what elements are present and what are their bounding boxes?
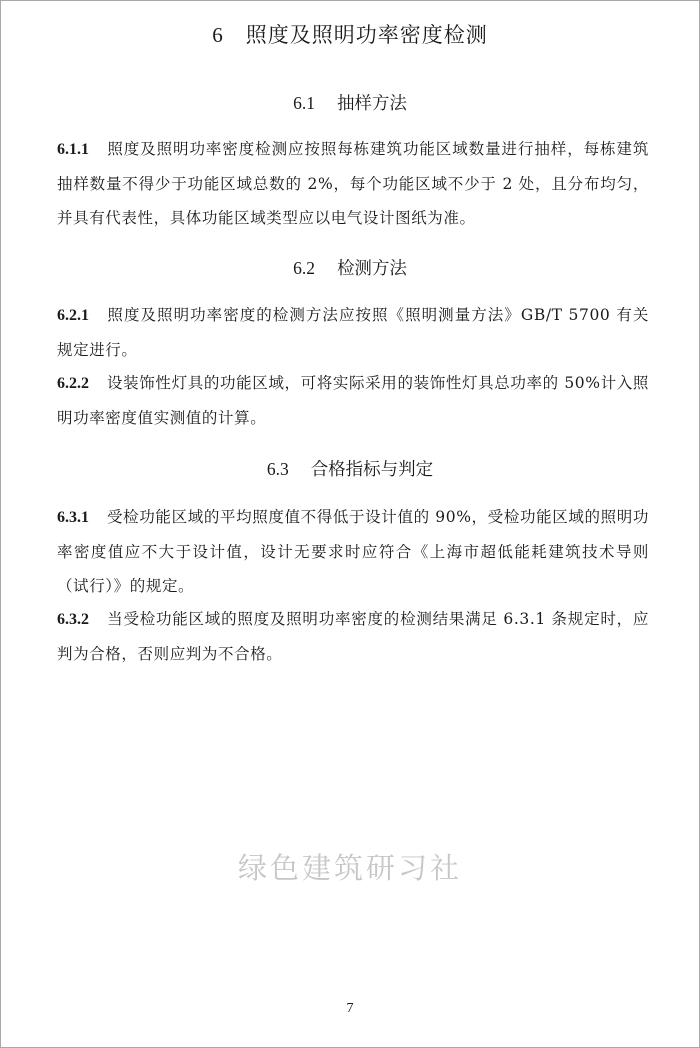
section-number: 6.2 bbox=[293, 258, 315, 278]
clause-number: 6.2.1 bbox=[57, 307, 89, 324]
clause-6-1-1: 6.1.1照度及照明功率密度检测应按照每栋建筑功能区域数量进行抽样，每栋建筑抽样… bbox=[57, 132, 649, 235]
chapter-number: 6 bbox=[212, 23, 224, 47]
clause-6-2-2: 6.2.2设装饰性灯具的功能区域，可将实际采用的装饰性灯具总功率的 50%计入照… bbox=[57, 366, 649, 435]
section-title-text: 检测方法 bbox=[337, 259, 407, 279]
clause-6-3-2: 6.3.2当受检功能区域的照度及照明功率密度的检测结果满足 6.3.1 条规定时… bbox=[57, 602, 649, 671]
section-title-6-3: 6.3合格指标与判定 bbox=[1, 456, 699, 481]
watermark: 绿色建筑研习社 bbox=[1, 846, 699, 887]
clause-text: 照度及照明功率密度检测应按照每栋建筑功能区域数量进行抽样，每栋建筑抽样数量不得少… bbox=[57, 140, 649, 227]
clause-number: 6.3.1 bbox=[57, 509, 89, 526]
section-title-6-2: 6.2检测方法 bbox=[1, 255, 699, 280]
page-number: 7 bbox=[1, 1001, 699, 1017]
section-title-text: 抽样方法 bbox=[337, 94, 407, 114]
clause-number: 6.3.2 bbox=[57, 611, 89, 628]
clause-text: 照度及照明功率密度的检测方法应按照《照明测量方法》GB/T 5700 有关规定进… bbox=[57, 306, 649, 359]
section-title-6-1: 6.1抽样方法 bbox=[1, 90, 699, 115]
chapter-title-text: 照度及照明功率密度检测 bbox=[246, 23, 488, 47]
clause-text: 设装饰性灯具的功能区域，可将实际采用的装饰性灯具总功率的 50%计入照明功率密度… bbox=[57, 374, 649, 427]
section-title-text: 合格指标与判定 bbox=[311, 460, 434, 480]
clause-text: 受检功能区域的平均照度值不得低于设计值的 90%，受检功能区域的照明功率密度值应… bbox=[57, 508, 649, 595]
chapter-title: 6照度及照明功率密度检测 bbox=[1, 19, 699, 49]
clause-6-3-1: 6.3.1受检功能区域的平均照度值不得低于设计值的 90%，受检功能区域的照明功… bbox=[57, 500, 649, 603]
document-page: 6照度及照明功率密度检测 6.1抽样方法 6.1.1照度及照明功率密度检测应按照… bbox=[0, 0, 700, 1048]
clause-number: 6.1.1 bbox=[57, 141, 89, 158]
clause-number: 6.2.2 bbox=[57, 375, 89, 392]
section-number: 6.1 bbox=[293, 93, 315, 113]
section-number: 6.3 bbox=[267, 459, 289, 479]
clause-text: 当受检功能区域的照度及照明功率密度的检测结果满足 6.3.1 条规定时，应判为合… bbox=[57, 610, 649, 663]
clause-6-2-1: 6.2.1照度及照明功率密度的检测方法应按照《照明测量方法》GB/T 5700 … bbox=[57, 298, 649, 367]
